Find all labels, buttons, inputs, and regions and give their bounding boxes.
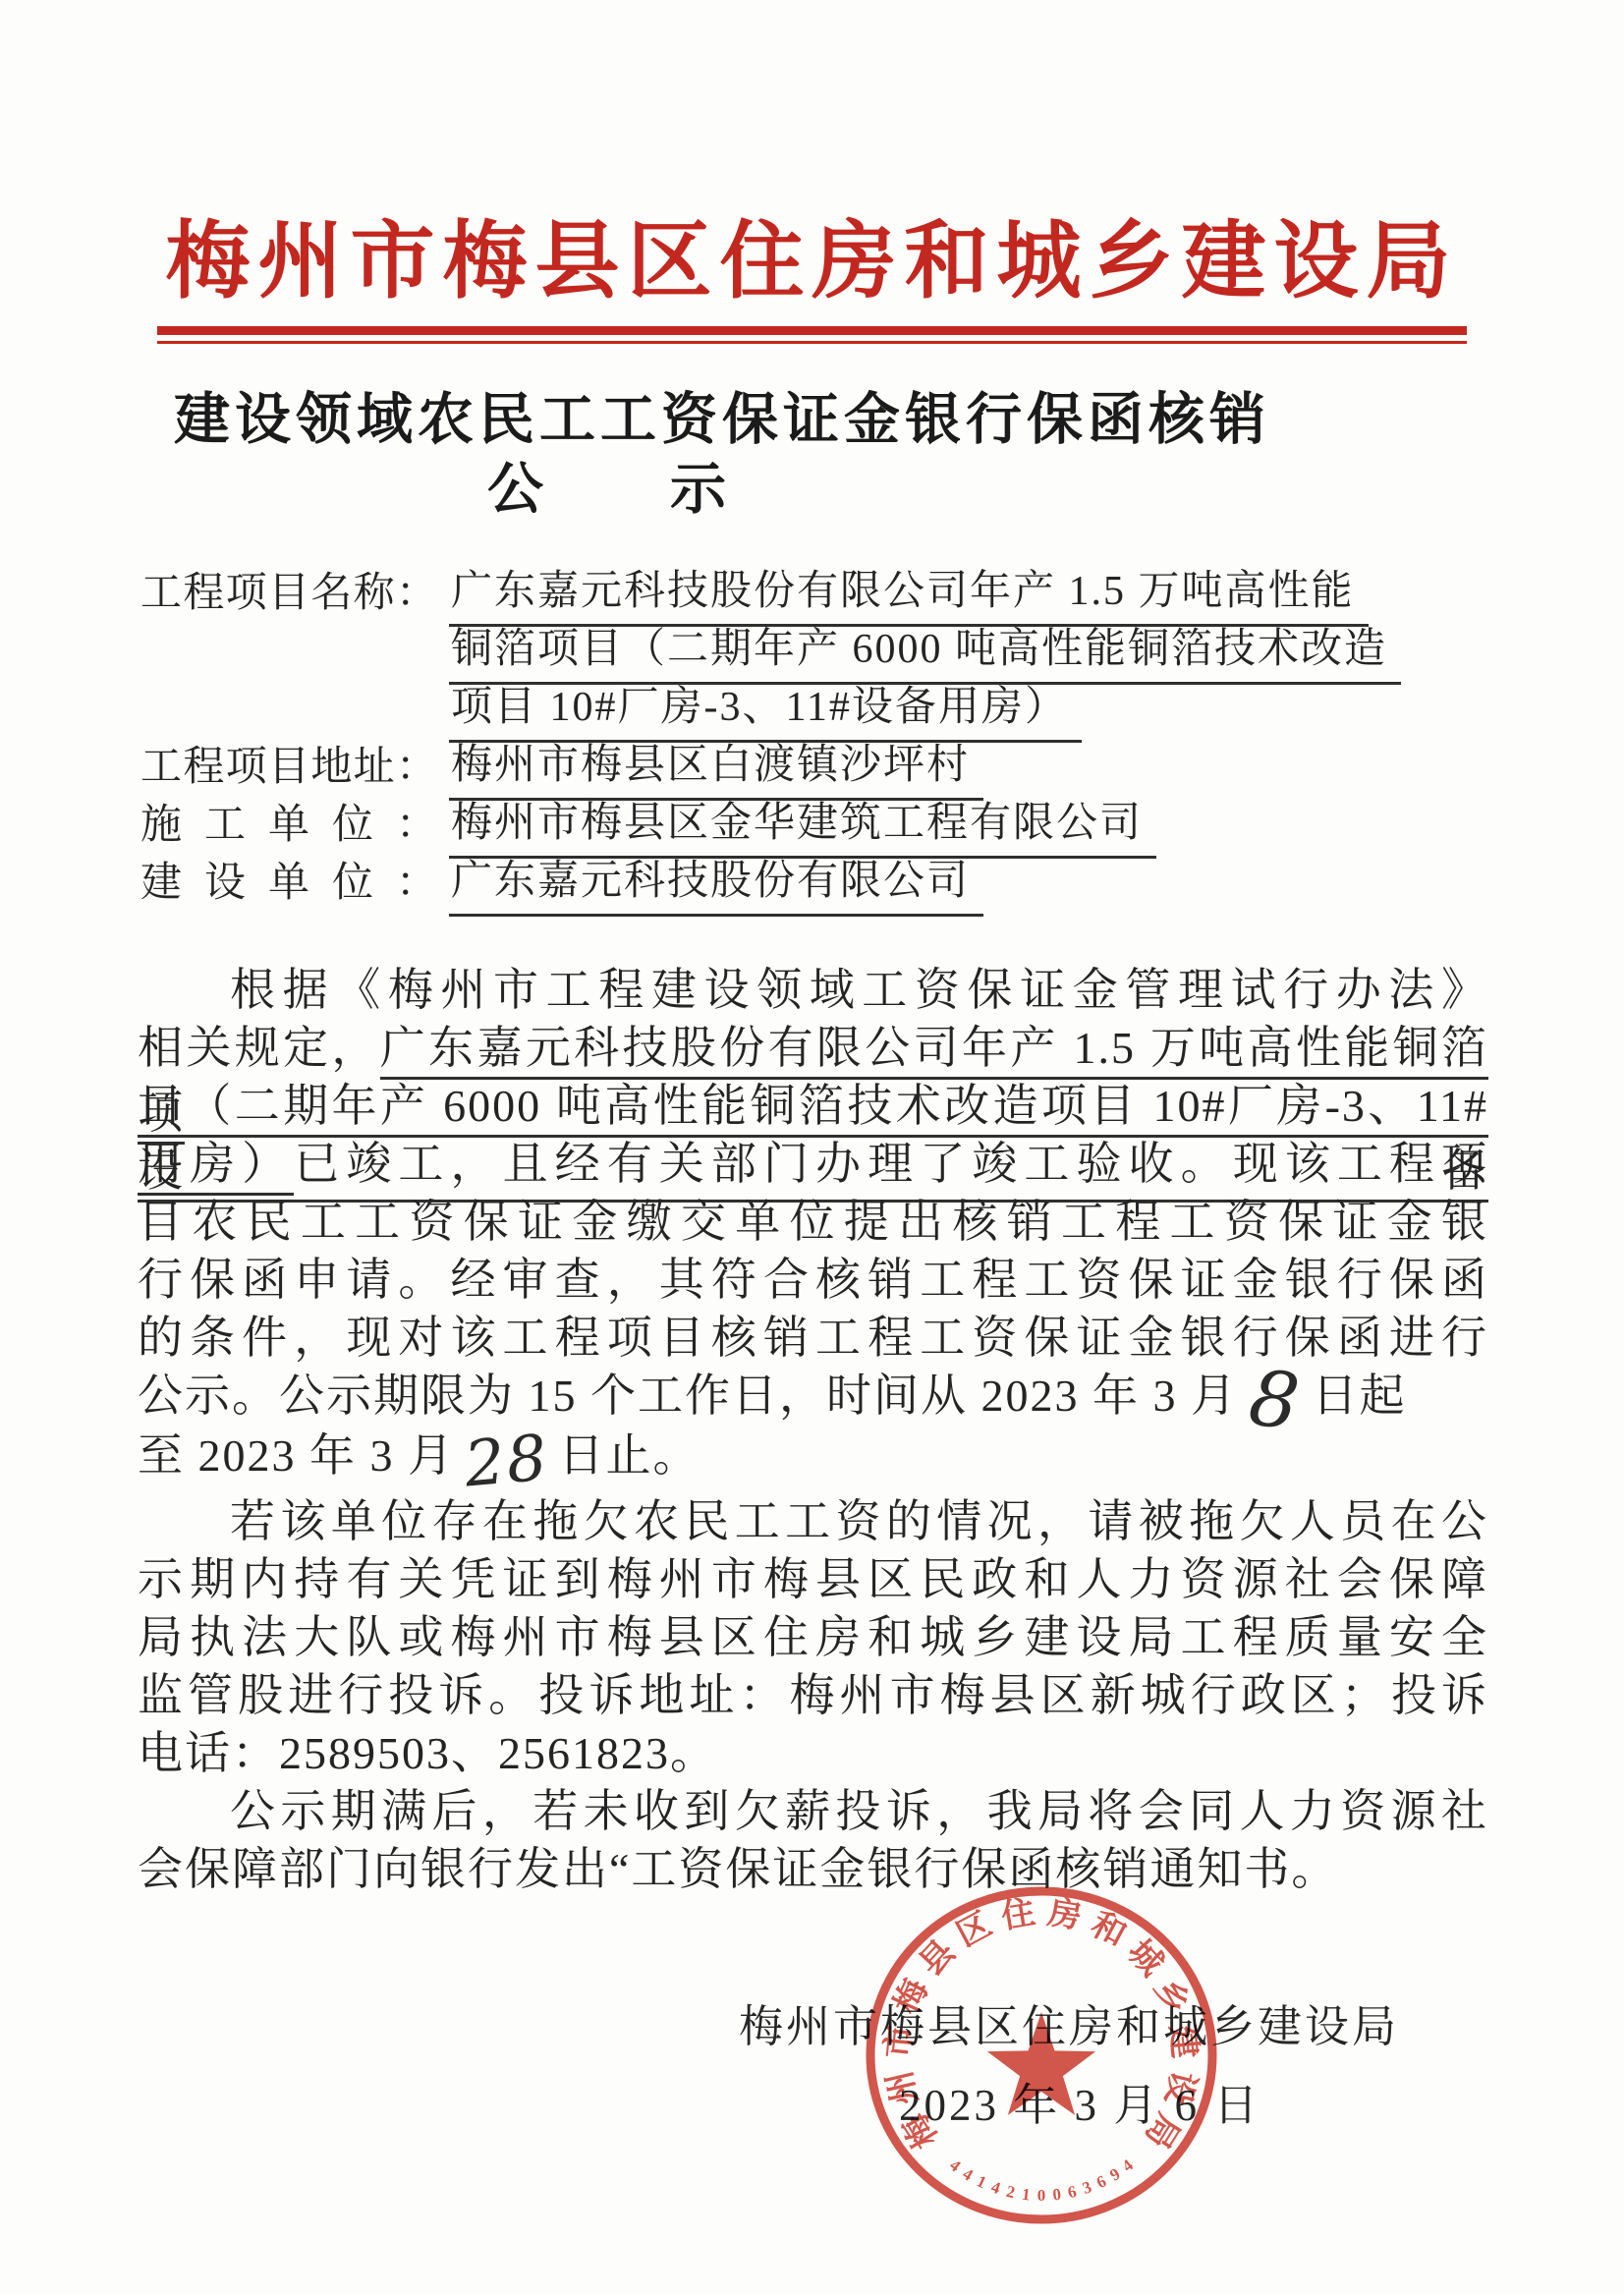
field-constructor-unit: 施工单位： 梅州市梅县区金华建筑工程有限公司 xyxy=(140,792,437,847)
svg-text:9: 9 xyxy=(1106,2164,1123,2185)
letterhead-rule-thick xyxy=(157,326,1467,335)
scanned-notice-page: 梅州市梅县区住房和城乡建设局 建设领域农民工工资保证金银行保函核销 公 示 工程… xyxy=(0,0,1624,2295)
body-text: 至 2023 年 3 月 xyxy=(138,1430,455,1481)
svg-text:1: 1 xyxy=(1021,2185,1032,2205)
body-line: 电话：2589503、2561823。 xyxy=(138,1717,1488,1782)
svg-text:建: 建 xyxy=(1163,2023,1204,2060)
svg-text:4: 4 xyxy=(1119,2155,1138,2176)
svg-text:梅: 梅 xyxy=(888,1974,936,2020)
svg-text:市: 市 xyxy=(879,2023,920,2060)
svg-text:2: 2 xyxy=(1005,2182,1017,2202)
svg-text:0: 0 xyxy=(1051,2185,1062,2205)
body-text: 日起 xyxy=(1313,1371,1407,1421)
body-line: 行保函申请。经审查，其符合核销工程工资保证金银行保函 xyxy=(138,1244,1488,1309)
body-line: 至 2023 年 3 月28日止。 xyxy=(138,1420,1488,1493)
body-line: 根据《梅州市工程建设领域工资保证金管理试行办法》 xyxy=(138,954,1488,1019)
svg-text:4: 4 xyxy=(960,2164,978,2185)
body-text: 公示。公示期限为 15 个工作日，时间从 2023 年 3 月 xyxy=(138,1371,1238,1421)
body-line: 局执法大队或梅州市梅县区住房和城乡建设局工程质量安全 xyxy=(138,1601,1488,1666)
field-constructor-unit-label: 施工单位： xyxy=(140,792,437,851)
body-line: 示期内持有关凭证到梅州市梅县区民政和人力资源社会保障 xyxy=(138,1543,1488,1608)
field-project-name: 工程项目名称： 广东嘉元科技股份有限公司年产 1.5 万吨高性能 xyxy=(140,560,437,615)
doc-title-line1: 建设领域农民工工资保证金银行保函核销 xyxy=(138,374,1307,455)
official-seal: 梅州市梅县区住房和城乡建设局 4414210063694 xyxy=(853,1875,1230,2244)
svg-text:3: 3 xyxy=(1080,2177,1093,2198)
svg-text:住: 住 xyxy=(998,1893,1037,1935)
body-text: 相关规定， xyxy=(138,1023,380,1073)
field-project-name-label: 工程项目名称： xyxy=(140,560,437,619)
svg-text:州: 州 xyxy=(881,2067,924,2108)
field-owner-unit: 建设单位： 广东嘉元科技股份有限公司 xyxy=(140,850,437,905)
field-owner-unit-value: 广东嘉元科技股份有限公司 xyxy=(449,848,983,917)
seal-serial-number: 4414210063694 xyxy=(946,2155,1137,2205)
body-line: 用房）已竣工，且经有关部门办理了竣工验收。现该工程项 xyxy=(138,1128,1488,1193)
svg-text:1: 1 xyxy=(974,2171,989,2192)
field-project-address: 工程项目地址： 梅州市梅县区白渡镇沙坪村 xyxy=(140,734,437,789)
field-owner-unit-label: 建设单位： xyxy=(140,850,437,909)
svg-text:0: 0 xyxy=(1037,2186,1046,2205)
svg-text:4: 4 xyxy=(988,2177,1003,2198)
letterhead-org-title: 梅州市梅县区住房和城乡建设局 xyxy=(0,193,1624,314)
svg-text:6: 6 xyxy=(1066,2182,1078,2202)
body-text: 已竣工，且经有关部门办理了竣工验收。现该工程项 xyxy=(294,1139,1488,1189)
svg-text:房: 房 xyxy=(1044,1893,1085,1935)
body-line: 公示期满后，若未收到欠薪投诉，我局将会同人力资源社 xyxy=(138,1775,1488,1840)
doc-title-line2: 公 示 xyxy=(138,444,1081,525)
body-line: 会保障部门向银行发出“工资保证金银行保函核销通知书。 xyxy=(138,1833,1488,1898)
svg-text:4: 4 xyxy=(946,2155,965,2176)
body-line: 目农民工工资保证金缴交单位提出核销工程工资保证金银 xyxy=(138,1186,1488,1251)
svg-text:设: 设 xyxy=(1158,2067,1203,2108)
body-line: 监管股进行投诉。投诉地址：梅州市梅县区新城行政区；投诉 xyxy=(138,1659,1488,1724)
body-line: 若该单位存在拖欠农民工工资的情况，请被拖欠人员在公 xyxy=(138,1485,1488,1550)
letterhead-rule-thin xyxy=(157,341,1467,344)
svg-text:6: 6 xyxy=(1093,2171,1109,2192)
body-text: 日止。 xyxy=(558,1430,700,1481)
seal-star-icon xyxy=(987,2012,1095,2115)
field-project-address-label: 工程项目地址： xyxy=(140,734,437,793)
